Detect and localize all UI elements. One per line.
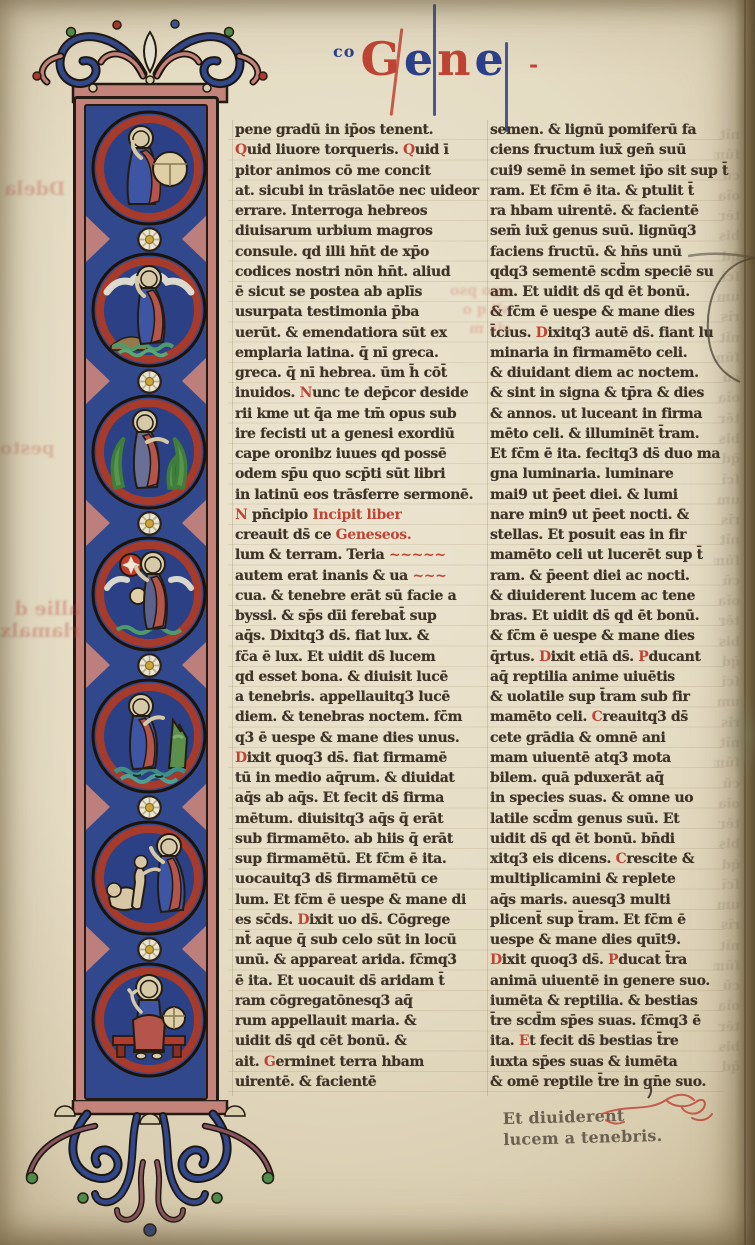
text-line: Et fc̄m ē ita. fecitq3 ds̄ duo ma [490,444,726,464]
text-line: consule. qd illi hn̄t de xp̄o [235,242,487,262]
roundel-creation-of-plants [89,392,209,512]
initial-I-shaft [73,96,219,1108]
text-line: latile scd̄m genus suū. Et [490,809,726,829]
showthrough-left-1: Ddela [4,178,65,200]
text-line: cape oronibz iuues qd possē [235,444,487,464]
text-line: greca. q̄ nī hebrea. ūm h̄ cōt̄ [235,363,487,383]
showthrough-left-2: pesto [0,438,55,460]
rosette-connector [136,794,163,821]
text-line: uidit ds̄ qd cēt bonū. & [235,1031,487,1051]
text-line: nt̄ aque q̄ sub celo sūt in locū [235,930,487,950]
text-line: autem erat inanis & ua ~~~ [235,566,487,586]
text-line: es sc̄ds. Dixit uo ds̄. Cōgrege [235,910,487,930]
initial-bottom-ornament [25,1100,275,1243]
text-line: stellas. Et posuit eas in fir [490,525,726,545]
text-line: animā uiuentē in genere suo. [490,971,726,991]
text-line: uocauitq3 ds̄ firmamētū ce [235,869,487,889]
text-line: cui9 semē in semet ip̄o sit sup t̄ [490,161,726,181]
text-line: rii kme ut q̄a me tm̄ opus sub [235,404,487,424]
text-line: cete grādia & omnē ani [490,728,726,748]
text-line: N pn̄cipio Incipit liber [235,505,487,525]
running-title-letter: e [475,32,508,86]
text-line: mēto celi. & illuminēt t̄ram. [490,424,726,444]
text-line: gna luminaria. luminare [490,464,726,484]
running-title-letter: n [437,32,474,86]
text-line: odem sp̄u quo scp̄ti sūt libri [235,464,487,484]
text-line: unū. & appareat arida. fc̄mq3 [235,950,487,970]
text-line: uespe & mane dies quīt9. [490,930,726,950]
text-line: in latinū eos trāsferre sermonē. [235,485,487,505]
marginal-note-flourish [596,1078,716,1156]
rosette-connector [136,510,163,537]
rosette-connector [136,652,163,679]
text-line: sup firmamētū. Et fc̄m ē ita. [235,849,487,869]
text-line: & fc̄m ē uespe & mane dies [490,626,726,646]
text-line: lum. Et fc̄m ē uespe & mane di [235,890,487,910]
roundel-creator-with-orb [89,108,209,228]
text-line: mai9 ut p̄eet diei. & lumi [490,485,726,505]
text-line: ire fecisti ut a genesi exordiū [235,424,487,444]
text-line: ram cōgregatōnesq3 aq̄ [235,991,487,1011]
text-line: at. sicubi in trāslatōe nec uideor [235,181,487,201]
rosette-connector [136,226,163,253]
title-penstroke-blue-1 [433,4,436,116]
roundel-creation-of-eve [89,818,209,938]
text-line: aq̄s ab aq̄s. Et fecit ds̄ firma [235,788,487,808]
text-line: mētum. diuisitq3 aq̄s q̄ erāt [235,809,487,829]
text-line: iuxta sp̄es suas & iumēta [490,1052,726,1072]
text-line: plicent̄ sup t̄ram. Et fc̄m ē [490,910,726,930]
rosette-connector [136,368,163,395]
text-line: bilem. quā pduxerāt aq̄ [490,768,726,788]
text-line: xitq3 eis dicens. Crescite & [490,849,726,869]
rosette-connector [136,936,163,963]
text-line: a tenebris. appellauitq3 lucē [235,687,487,707]
text-line: Quid liuore torqueris. Quid ī [235,140,487,160]
text-line: emplaria latina. q̄ nī greca. [235,343,487,363]
roundel-birds-and-fish [89,676,209,796]
text-line: Dixit quoq3 ds̄. Pducat t̄ra [490,950,726,970]
text-line: in species suas. & omne uo [490,788,726,808]
running-title-flourish: - [529,52,538,78]
text-line: uidit ds̄ qd ēt bonū. bn̄di [490,829,726,849]
text-line: ita. Et fecit ds̄ bestias t̄re [490,1031,726,1051]
text-line: ait. Germinet terra hbam [235,1052,487,1072]
text-line: mamēto celi ut lucerēt sup t̄ [490,545,726,565]
page-edge-line [744,0,746,1245]
text-line: errare. Interroga hebreos [235,201,487,221]
title-penstroke-blue-2 [505,42,508,132]
text-line: ram. Et fc̄m ē ita. & ptulit t̄ [490,181,726,201]
text-line: nare min9 ut p̄eet nocti. & [490,505,726,525]
text-line: inuidos. Nunc te dep̄cor deside [235,383,487,403]
text-line: iumēta & reptilia. & bestias [490,991,726,1011]
text-line: & annos. ut luceant in firma [490,404,726,424]
text-line: diuisarum urbium magros [235,221,487,241]
text-line: uirentē. & facientē [235,1072,487,1092]
text-line: cua. & tenebre erāt sū facie a [235,586,487,606]
text-line: codices nostri nōn hn̄t. aliud [235,262,487,282]
initial-top-ornament [25,12,275,104]
text-line: pitor animos cō me concit [235,161,487,181]
text-line: ram. & p̄eent diei ac nocti. [490,566,726,586]
text-line: aq̄ reptilia anime uiuētis [490,667,726,687]
text-line: Dixit quoq3 ds̄. fiat firmamē [235,748,487,768]
text-line: qd esset bona. & diuisit lucē [235,667,487,687]
text-line: lum & terram. Teria ~~~~~ [235,545,487,565]
roundel-sun-and-moon [89,534,209,654]
text-line: semen. & lignū pomiferū fa [490,120,726,140]
text-line: aq̄s. Dixitq3 ds̄. fiat lux. & [235,626,487,646]
text-line: q3 ē uespe & mane dies unus. [235,728,487,748]
showthrough-left-3: allie d rlamalx [0,598,81,642]
text-line: ē ita. Et uocauit ds̄ aridam t̄ [235,971,487,991]
text-line: mam uiuentē atq3 mota [490,748,726,768]
running-title: co Gene - [333,24,553,104]
ornament-buds [27,1106,274,1236]
text-line: creauit ds̄ ce Geneseos. [235,525,487,545]
text-line: ra hbam uirentē. & facientē [490,201,726,221]
text-line: ciens fructum iux̄ gen̄ suū [490,140,726,160]
text-line: aq̄s maris. auesq3 multi [490,890,726,910]
manuscript-page: co Gene - [0,0,755,1245]
text-line: rum appellauit maria. & [235,1011,487,1031]
text-line: byssi. & sp̄s dīi ferebat̄ sup [235,606,487,626]
text-line: sub firmamēto. ab hiis q̄ erāt [235,829,487,849]
text-line: bras. Et uidit ds̄ qd ēt bonū. [490,606,726,626]
text-line: fc̄a ē lux. Et uidit ds̄ lucem [235,647,487,667]
text-line: mamēto celi. Creauitq3 ds̄ [490,707,726,727]
text-line: q̄rtus. Dixit etiā ds̄. Pducant [490,647,726,667]
showthrough-gutter: ego pso sli q o rix m [450,282,510,339]
running-title-prefix: co [333,42,355,61]
page-thread [688,248,755,390]
text-column-left: pene gradū in ip̄os tenent.Quid liuore t… [232,120,487,1096]
roundel-creator-enthroned [89,960,209,1080]
text-line: sem̄ iux̄ genus suū. lignūq3 [490,221,726,241]
text-line: multiplicamini & replete [490,869,726,889]
text-line: & uolatile sup t̄ram sub fir [490,687,726,707]
text-line: t̄re scd̄m sp̄es suas. fc̄mq3 ē [490,1011,726,1031]
roundel-division-of-waters [89,250,209,370]
text-line: & diuiderent lucem ac tene [490,586,726,606]
text-line: pene gradū in ip̄os tenent. [235,120,487,140]
text-line: diem. & tenebras noctem. fc̄m [235,707,487,727]
text-line: tū in medio aq̄rum. & diuidat [235,768,487,788]
